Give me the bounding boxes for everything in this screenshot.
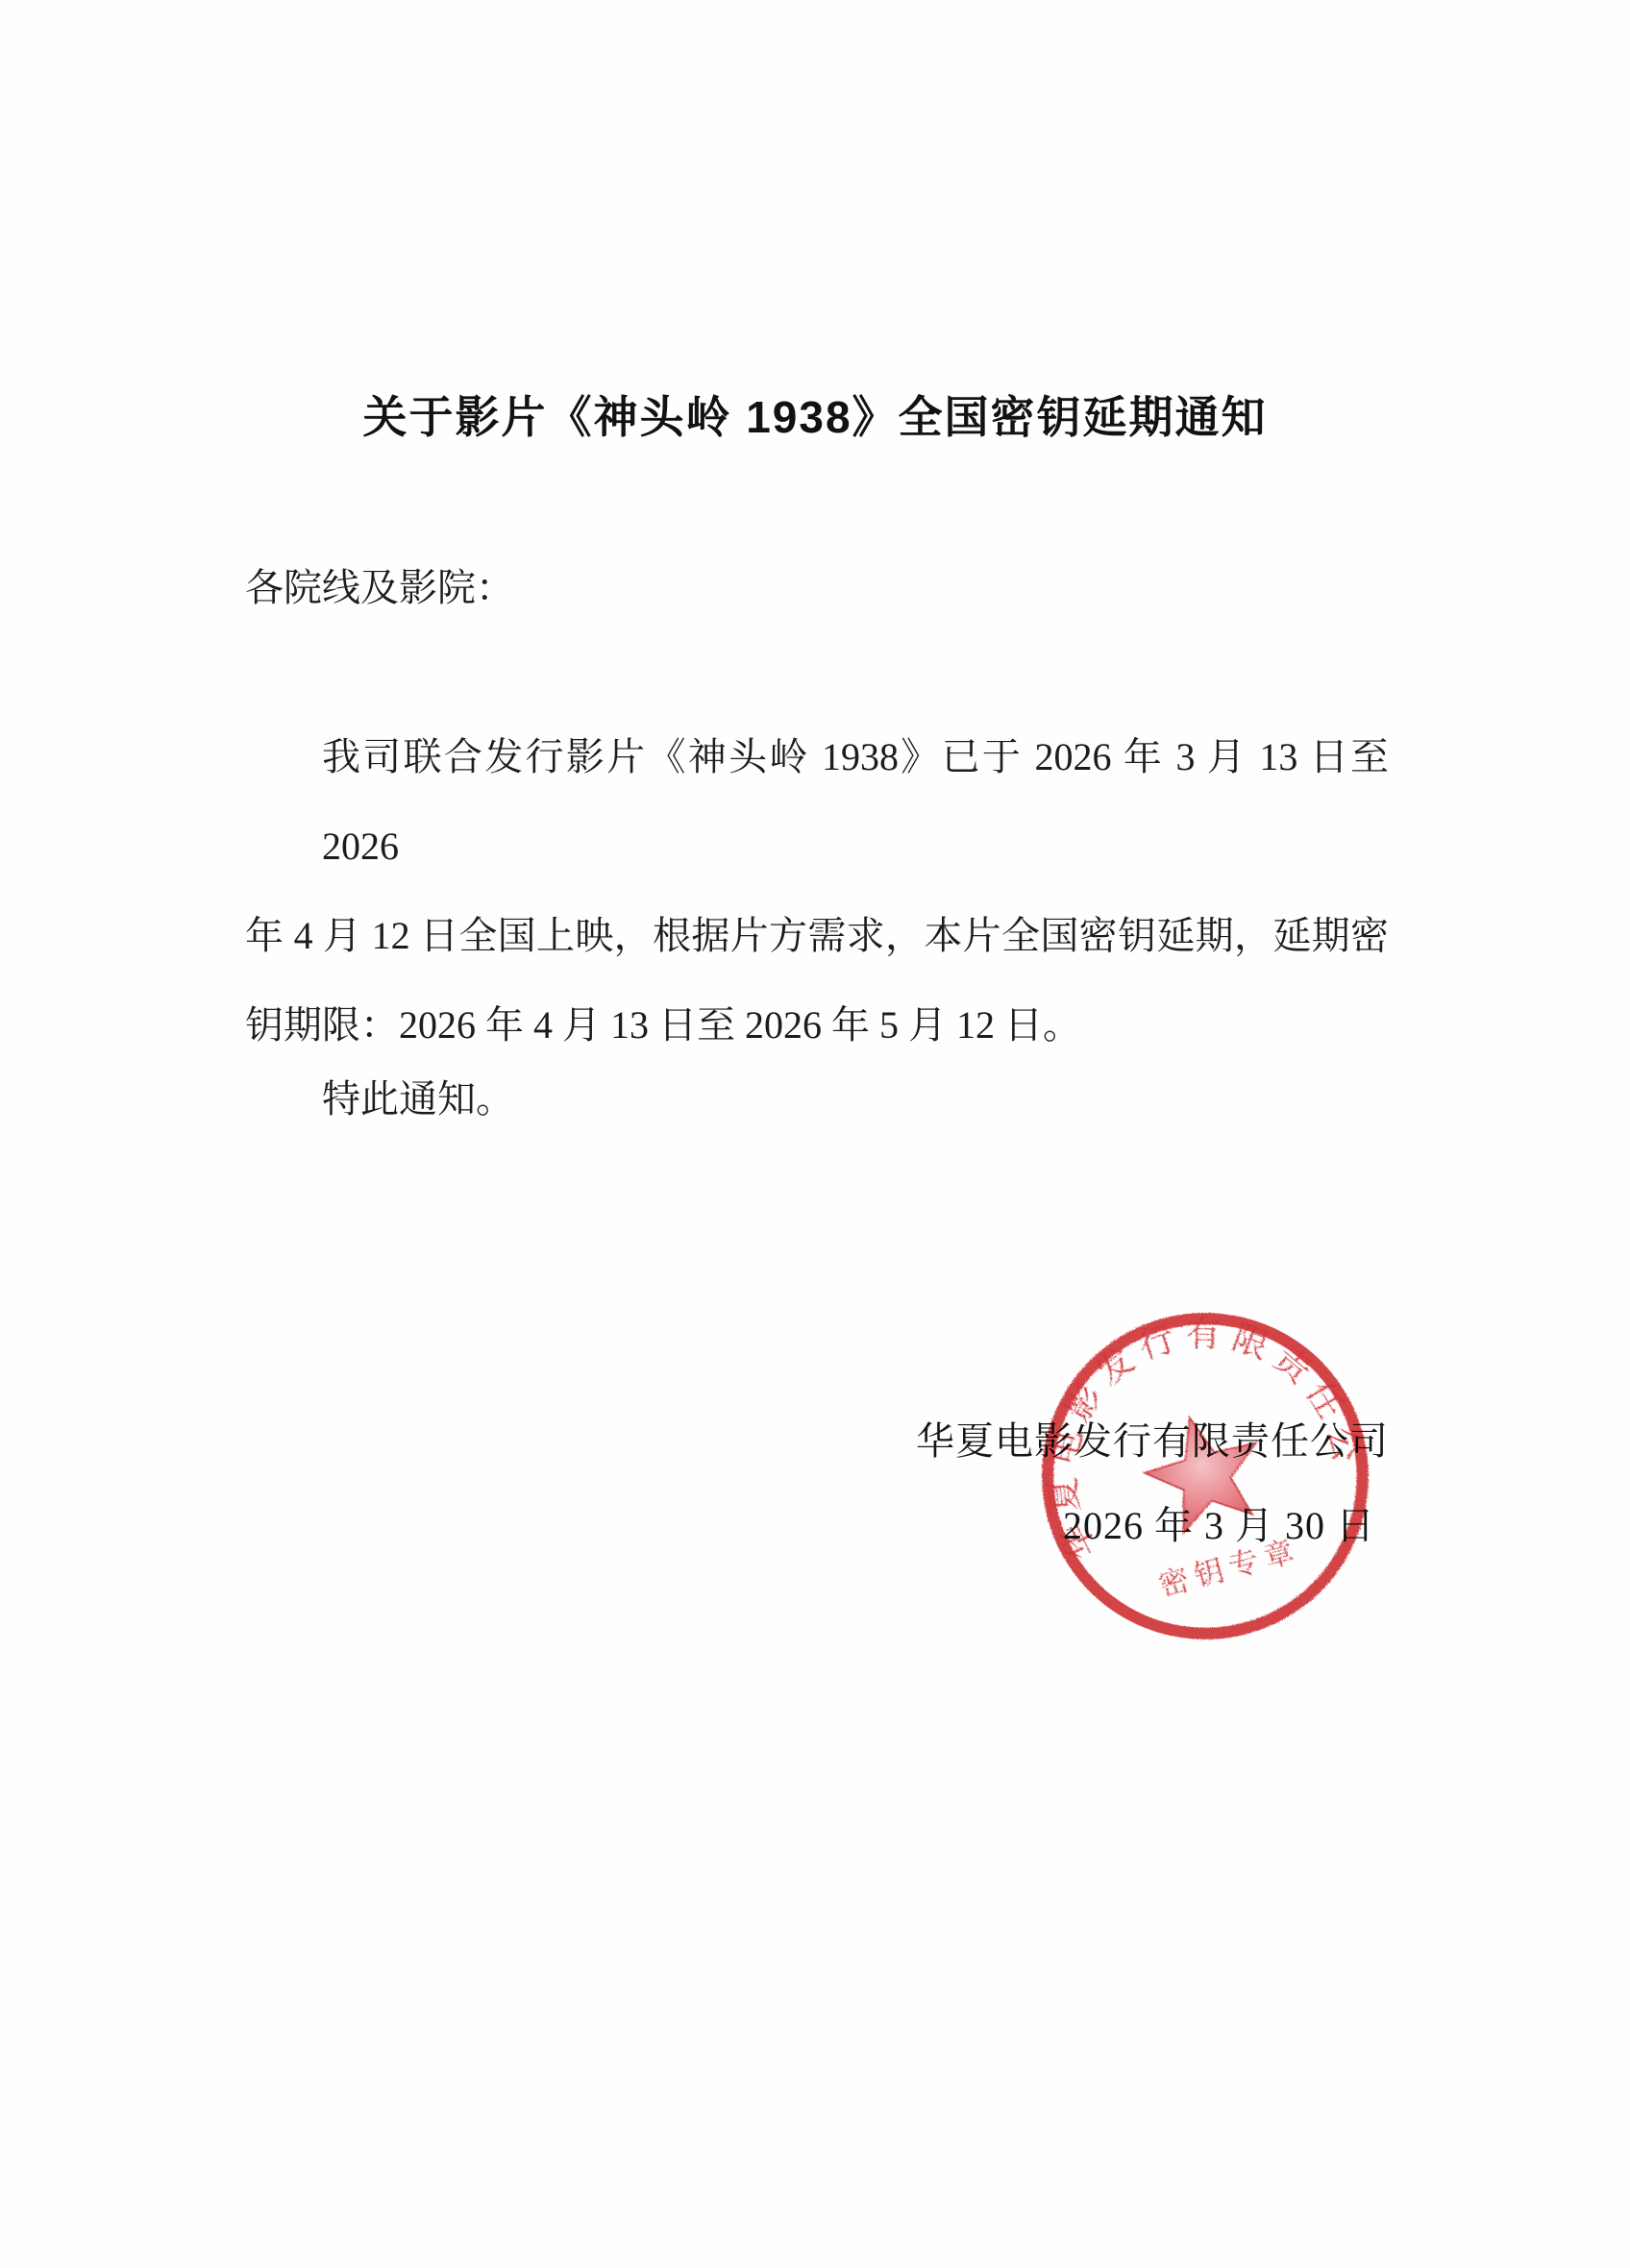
company-seal: 华夏电影发行有限责任公司 密钥专章 bbox=[1034, 1303, 1376, 1649]
body-line-2: 年 4 月 12 日全国上映，根据片方需求，本片全国密钥延期，延期密 bbox=[245, 891, 1389, 980]
closing-line: 特此通知。 bbox=[322, 1069, 514, 1123]
document-title: 关于影片《神头岭 1938》全国密钥延期通知 bbox=[0, 382, 1630, 446]
red-star-icon bbox=[1134, 1403, 1273, 1539]
seal-bottom-label: 密钥专章 bbox=[1156, 1534, 1304, 1603]
notice-document: 关于影片《神头岭 1938》全国密钥延期通知 各院线及影院： 我司联合发行影片《… bbox=[0, 0, 1630, 2268]
body-paragraph: 我司联合发行影片《神头岭 1938》已于 2026 年 3 月 13 日至 20… bbox=[245, 712, 1389, 1070]
body-line-3: 钥期限：2026 年 4 月 13 日至 2026 年 5 月 12 日。 bbox=[245, 980, 1389, 1070]
body-line-1: 我司联合发行影片《神头岭 1938》已于 2026 年 3 月 13 日至 20… bbox=[245, 712, 1389, 891]
salutation-line: 各院线及影院： bbox=[245, 557, 514, 612]
